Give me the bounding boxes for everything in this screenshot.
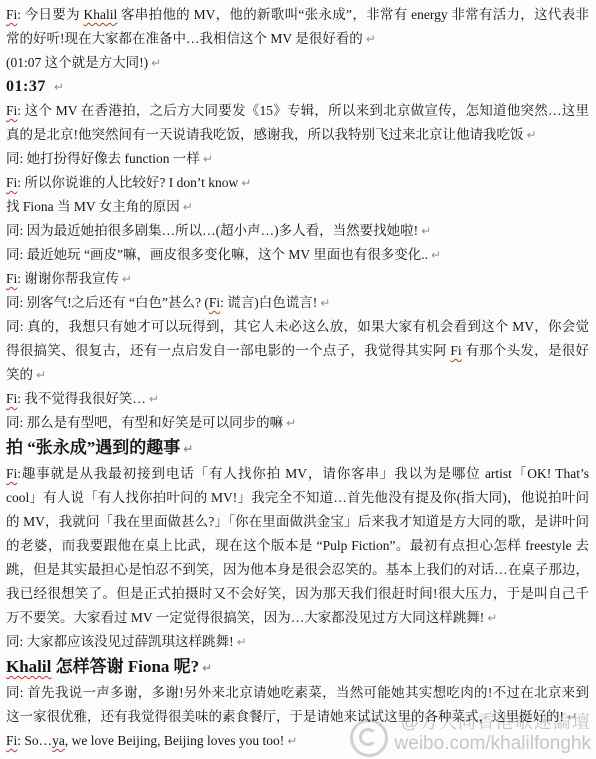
text-run: (01:07 这个就是方大同!)	[6, 55, 148, 70]
transcript-paragraph: Fi: 这个 MV 在香港拍，之后方大同要发《15》专辑，所以来到北京做宣传，怎…	[6, 99, 589, 147]
paragraph-mark-icon: ↵	[149, 392, 159, 406]
paragraph-mark-icon: ↵	[36, 368, 46, 382]
text-run: 同: 大家都应该没见过薛凯琪这样跳舞!	[6, 634, 234, 649]
paragraph-mark-icon: ↵	[203, 152, 213, 166]
spellcheck-flagged-word: ya	[52, 733, 65, 748]
paragraph-mark-icon: ↵	[54, 80, 65, 94]
text-run: : 谢谢你帮我宣传	[17, 271, 119, 286]
spellcheck-flagged-word: Fi	[6, 466, 17, 481]
text-run: : 谎言)白色谎言!	[220, 295, 317, 310]
transcript-paragraph: 同: 她打扮得好像去 function 一样↵	[6, 147, 589, 171]
transcript-paragraph: Fi: So…ya, we love Beijing, Beijing love…	[6, 729, 589, 753]
spellcheck-flagged-word: Fi	[6, 733, 17, 748]
transcript-paragraph: (01:07 这个就是方大同!)↵	[6, 51, 589, 75]
spellcheck-flagged-word: Fi	[6, 103, 17, 118]
text-run: 同: 最近她玩 “画皮”嘛，画皮很多变化嘛，这个 MV 里面也有很多变化..	[6, 247, 428, 262]
paragraph-mark-icon: ↵	[567, 710, 577, 724]
text-run: 01:37	[6, 78, 46, 95]
transcript-paragraph: Fi: 所以你说谁的人比较好? I don’t know↵	[6, 171, 589, 195]
text-run: 拍 “张永成”遇到的趣事	[6, 438, 180, 457]
transcript-paragraph: 同: 首先我说一声多谢，多谢!另外来北京请她吃素菜，当然可能她其实想吃肉的!不过…	[6, 681, 589, 729]
paragraph-mark-icon: ↵	[151, 56, 161, 70]
text-run: 同: 首先我说一声多谢，多谢!另外来北京请她吃素菜，当然可能她其实想吃肉的!不过…	[6, 685, 589, 724]
text-run: 找 Fiona 当 MV 女主角的原因	[6, 199, 180, 214]
transcript-paragraph: 同: 大家都应该没见过薛凯琪这样跳舞!↵	[6, 630, 589, 654]
spellcheck-flagged-word: Khalil	[6, 657, 51, 676]
spellcheck-flagged-word: Fi	[450, 343, 461, 358]
paragraph-mark-icon: ↵	[366, 32, 376, 46]
text-run: 同: 因为最近她拍很多剧集…所以…(超小声…)多人看，当然要找她啦!	[6, 223, 418, 238]
paragraph-mark-icon: ↵	[527, 128, 537, 142]
section-heading: 拍 “张永成”遇到的趣事↵	[6, 435, 589, 462]
spellcheck-flagged-word: Fi	[6, 7, 17, 22]
paragraph-mark-icon: ↵	[421, 224, 431, 238]
text-run: : So…	[17, 733, 52, 748]
transcript-paragraph: 同: 真的，我想只有她才可以玩得到，其它人未必这么放，如果大家有机会看到这个 M…	[6, 315, 589, 387]
transcript-paragraph: 同: 最近她玩 “画皮”嘛，画皮很多变化嘛，这个 MV 里面也有很多变化..↵	[6, 243, 589, 267]
text-run: : 我不觉得我很好笑…	[17, 391, 146, 406]
transcript-paragraph: 同: 因为最近她拍很多剧集…所以…(超小声…)多人看，当然要找她啦!↵	[6, 219, 589, 243]
paragraph-mark-icon: ↵	[241, 176, 251, 190]
paragraph-mark-icon: ↵	[287, 734, 297, 748]
text-run: 怎样答谢 Fiona 呢?	[51, 657, 199, 676]
text-run: 同: 那么是有型吧，有型和好笑是可以同步的嘛	[6, 415, 283, 430]
paragraph-mark-icon: ↵	[183, 200, 193, 214]
text-run: : 今日要为	[17, 7, 83, 22]
transcript-paragraph: 同: 那么是有型吧，有型和好笑是可以同步的嘛↵	[6, 411, 589, 435]
paragraph-mark-icon: ↵	[202, 661, 212, 675]
transcript-paragraph: Fi: 谢谢你帮我宣传↵	[6, 267, 589, 291]
text-run: , we love Beijing, Beijing loves you too…	[65, 733, 284, 748]
paragraph-mark-icon: ↵	[320, 296, 330, 310]
interview-transcript-document: Fi: 今日要为 Khalil 客串拍他的 MV，他的新歌叫“张永成”，非常有 …	[0, 0, 596, 753]
text-run: : 所以你说谁的人比较好? I don’t know	[17, 175, 238, 190]
paragraph-mark-icon: ↵	[122, 272, 132, 286]
spellcheck-flagged-word: Fi	[6, 391, 17, 406]
paragraph-mark-icon: ↵	[487, 611, 497, 625]
timestamp-heading: 01:37↵	[6, 75, 589, 99]
transcript-paragraph: 找 Fiona 当 MV 女主角的原因↵	[6, 195, 589, 219]
spellcheck-flagged-word: Fi	[209, 295, 220, 310]
text-run: 同: 她打扮得好像去 function 一样	[6, 151, 200, 166]
transcript-paragraph: Fi: 今日要为 Khalil 客串拍他的 MV，他的新歌叫“张永成”，非常有 …	[6, 3, 589, 51]
spellcheck-flagged-word: Fi	[6, 175, 17, 190]
paragraph-mark-icon: ↵	[286, 416, 296, 430]
spellcheck-flagged-word: Fi	[6, 271, 17, 286]
paragraph-mark-icon: ↵	[431, 248, 441, 262]
text-run: 同: 别客气!之后还有 “白色”甚么? (	[6, 295, 209, 310]
transcript: Fi: 今日要为 Khalil 客串拍他的 MV，他的新歌叫“张永成”，非常有 …	[6, 3, 589, 753]
transcript-paragraph: Fi: 我不觉得我很好笑…↵	[6, 387, 589, 411]
text-run: :趣事就是从我最初接到电话「有人找你拍 MV，请你客串」我以为是哪位 artis…	[6, 466, 589, 625]
spellcheck-flagged-word: Khalil	[84, 7, 118, 22]
transcript-paragraph: Fi:趣事就是从我最初接到电话「有人找你拍 MV，请你客串」我以为是哪位 art…	[6, 462, 589, 630]
text-run: : 这个 MV 在香港拍，之后方大同要发《15》专辑，所以来到北京做宣传，怎知道…	[6, 103, 589, 142]
transcript-paragraph: 同: 别客气!之后还有 “白色”甚么? (Fi: 谎言)白色谎言!↵	[6, 291, 589, 315]
paragraph-mark-icon: ↵	[183, 442, 193, 456]
section-heading: Khalil 怎样答谢 Fiona 呢?↵	[6, 654, 589, 681]
paragraph-mark-icon: ↵	[237, 635, 247, 649]
